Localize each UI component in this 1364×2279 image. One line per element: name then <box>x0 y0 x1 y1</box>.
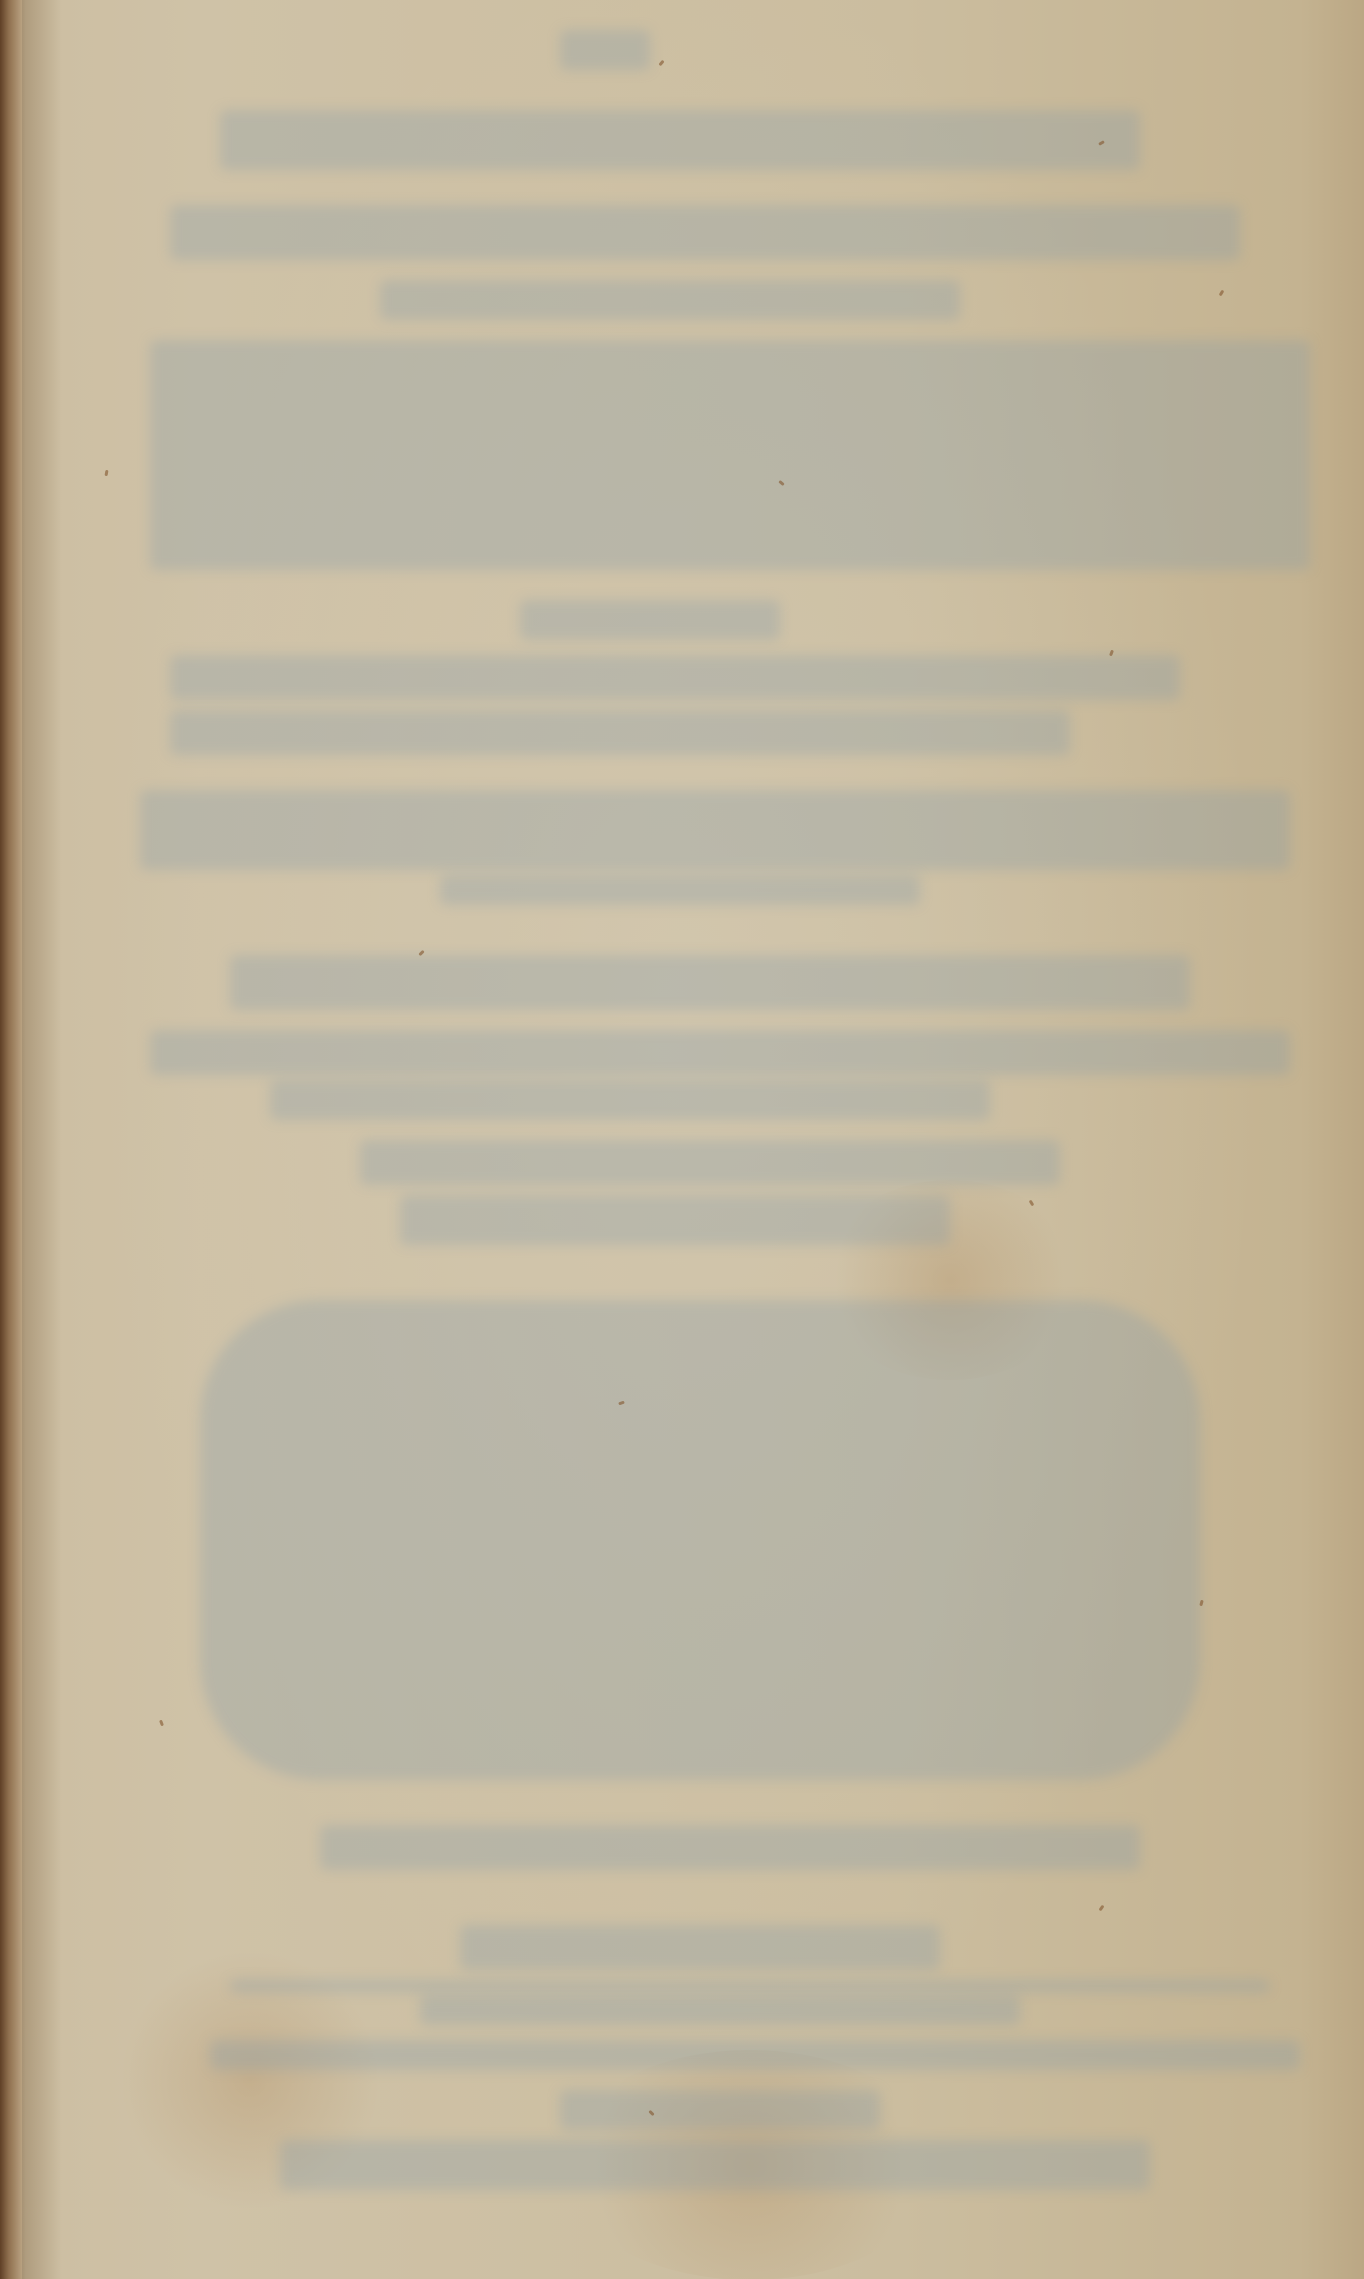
book-spine <box>0 0 22 2279</box>
bleed-through-line <box>320 1825 1140 1870</box>
bleed-through-line <box>520 600 780 640</box>
bleed-through-line <box>220 110 1140 170</box>
bleed-through-line <box>170 710 1070 755</box>
bleed-through-line <box>420 1995 1020 2025</box>
paper-fleck <box>1219 290 1225 297</box>
bleed-through-rule <box>210 2040 1300 2070</box>
bleed-through-line <box>440 875 920 905</box>
bleed-through-line <box>280 2140 1150 2190</box>
paper-fleck <box>105 470 109 476</box>
paper-fleck <box>159 1720 164 1727</box>
bleed-through-rule <box>230 1980 1270 1992</box>
bleed-through-line <box>140 790 1290 870</box>
bleed-through-line <box>170 655 1180 700</box>
bleed-through-vignette <box>200 1300 1200 1780</box>
bleed-through-line <box>560 2090 880 2130</box>
bleed-through-line <box>560 30 650 70</box>
bleed-through-line <box>400 1195 950 1245</box>
bleed-through-line <box>460 1925 940 1970</box>
scanned-page <box>0 0 1364 2279</box>
paper-fleck <box>658 60 664 67</box>
bleed-through-line <box>170 205 1240 260</box>
paper-fleck <box>1199 1600 1203 1607</box>
bleed-through-line <box>150 1030 1290 1075</box>
bleed-through-line <box>360 1140 1060 1185</box>
paper-fleck <box>1099 1905 1105 1912</box>
bleed-through-title <box>150 340 1310 570</box>
bleed-through-line <box>270 1080 990 1120</box>
gutter-shadow <box>22 0 62 2279</box>
bleed-through-line <box>230 955 1190 1010</box>
bleed-through-line <box>380 280 960 320</box>
